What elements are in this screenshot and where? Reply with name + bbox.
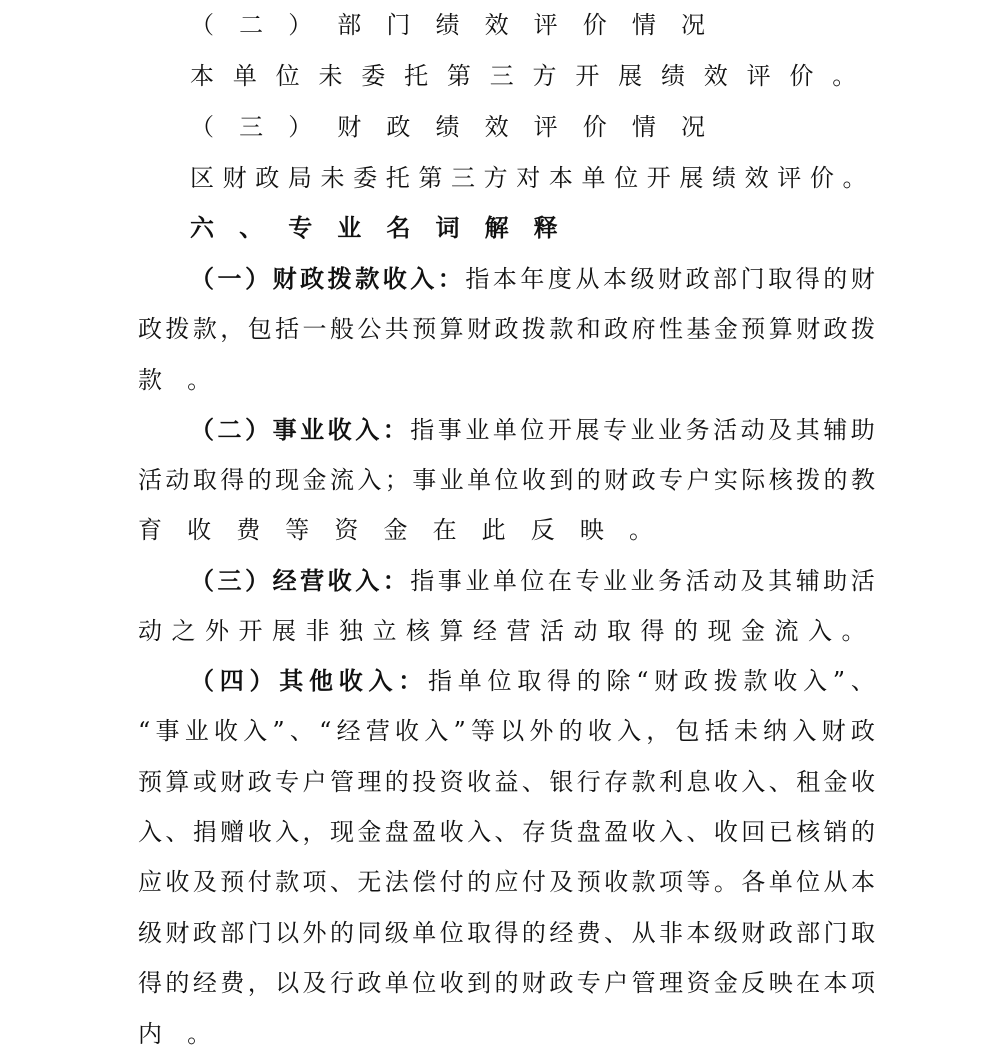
- text-char: 级: [631, 254, 655, 304]
- text-char: 款: [275, 857, 299, 907]
- text-char: 部: [796, 908, 820, 958]
- text-char: 内: [138, 1009, 187, 1056]
- text-char: 位: [520, 556, 544, 606]
- text-char: 拨: [796, 455, 820, 505]
- text-char: 、: [604, 908, 628, 958]
- text-char: 投: [412, 757, 436, 807]
- text-char: 助: [823, 556, 847, 606]
- text-char: 他: [309, 656, 333, 706]
- text-char: 费: [236, 505, 285, 555]
- text-char: “: [138, 706, 150, 756]
- text-char: 括: [275, 304, 299, 354]
- text-char: 应: [494, 857, 518, 907]
- text-char: 绩: [712, 153, 745, 203]
- text-char: 业: [337, 203, 386, 253]
- text-char: 的: [165, 958, 189, 1008]
- text-char: 收: [328, 556, 352, 606]
- text-char: 政: [494, 304, 518, 354]
- text-char: 第: [447, 51, 490, 101]
- text-char: 等: [686, 857, 710, 907]
- text-char: 外: [303, 908, 327, 958]
- text-char: 公: [357, 304, 381, 354]
- text-char: 业: [631, 556, 655, 606]
- text-char: 业: [185, 706, 209, 756]
- text-char: 以: [275, 908, 299, 958]
- text-char: 事: [273, 405, 297, 455]
- text-char: 效: [745, 153, 778, 203]
- text-char: 经: [193, 958, 217, 1008]
- text-char: 三: [239, 102, 288, 152]
- text-line: （三）经营收入：指事业单位在专业业务活动及其辅助活: [190, 556, 875, 606]
- text-line: 本单位未委托第三方开展绩效评价。: [190, 51, 875, 101]
- text-char: 开: [575, 51, 618, 101]
- text-char: 经: [273, 556, 297, 606]
- text-char: 位: [488, 656, 512, 706]
- text-char: 度: [548, 254, 572, 304]
- text-char: 务: [658, 556, 682, 606]
- text-char: 展: [272, 606, 306, 656]
- text-char: 等: [471, 706, 495, 756]
- text-char: 入: [243, 706, 267, 756]
- text-char: 的: [385, 757, 409, 807]
- text-char: （: [190, 254, 214, 304]
- text-char: 取: [851, 908, 875, 958]
- text-char: 位: [520, 405, 544, 455]
- text-line: （四）其他收入：指单位取得的除“财政拨款收入”、: [190, 656, 875, 706]
- text-char: 入: [792, 706, 816, 756]
- text-char: 现: [275, 455, 299, 505]
- text-char: 付: [440, 857, 464, 907]
- text-char: 事: [438, 405, 462, 455]
- text-line: 应收及预付款项、无法偿付的应付及预收款项等。各单位从本: [138, 857, 875, 907]
- text-char: 收: [773, 656, 797, 706]
- text-char: 从: [632, 908, 656, 958]
- text-char: 独: [339, 606, 373, 656]
- text-char: 费: [577, 908, 601, 958]
- text-char: 单: [233, 51, 276, 101]
- text-char: 辅: [823, 405, 847, 455]
- text-line: （三）财政绩效评价情况: [190, 102, 875, 152]
- text-char: ”: [272, 706, 284, 756]
- text-char: 利: [659, 757, 683, 807]
- text-char: 括: [705, 706, 729, 756]
- text-char: （: [190, 656, 214, 706]
- text-char: 收: [440, 958, 464, 1008]
- text-char: 金: [714, 304, 738, 354]
- text-char: 助: [851, 405, 875, 455]
- text-char: 到: [549, 455, 573, 505]
- text-char: 情: [632, 102, 681, 152]
- text-char: 映: [769, 958, 793, 1008]
- text-char: 部: [220, 908, 244, 958]
- text-char: 益: [494, 757, 518, 807]
- text-char: 业: [465, 556, 489, 606]
- text-char: 托: [386, 153, 419, 203]
- text-char: 财: [741, 908, 765, 958]
- text-char: 金: [303, 455, 327, 505]
- text-char: 项: [303, 857, 327, 907]
- text-char: 业: [631, 405, 655, 455]
- text-char: 辅: [796, 556, 820, 606]
- text-char: 核: [406, 606, 440, 656]
- text-char: 评: [747, 51, 790, 101]
- text-char: ，: [646, 706, 670, 756]
- text-char: 位: [412, 958, 436, 1008]
- text-char: 级: [138, 908, 162, 958]
- text-char: 动: [165, 455, 189, 505]
- text-char: 款: [138, 355, 187, 405]
- text-char: 绩: [661, 51, 704, 101]
- text-char: 现: [330, 807, 354, 857]
- text-char: 入: [369, 656, 393, 706]
- text-char: 、: [522, 757, 546, 807]
- text-char: 包: [248, 304, 272, 354]
- text-char: 评: [777, 153, 810, 203]
- text-char: 收: [714, 757, 738, 807]
- text-char: 展: [618, 51, 661, 101]
- text-char: 预: [741, 304, 765, 354]
- text-char: 本: [190, 51, 233, 101]
- text-char: 委: [353, 153, 386, 203]
- text-char: 捐: [193, 807, 217, 857]
- text-char: 盘: [385, 807, 409, 857]
- text-char: （: [190, 556, 214, 606]
- text-char: 收: [714, 807, 738, 857]
- text-char: 单: [385, 958, 409, 1008]
- text-char: 从: [824, 857, 848, 907]
- text-char: 财: [220, 757, 244, 807]
- text-char: 育: [138, 505, 187, 555]
- text-char: 财: [337, 102, 386, 152]
- text-char: 政: [549, 958, 573, 1008]
- text-char: 盈: [412, 807, 436, 857]
- text-char: 教: [851, 455, 875, 505]
- text-char: 得: [494, 908, 518, 958]
- text-char: 核: [796, 807, 820, 857]
- text-char: 四: [220, 656, 244, 706]
- text-char: 单: [769, 857, 793, 907]
- text-char: 户: [686, 455, 710, 505]
- text-char: 拨: [328, 254, 352, 304]
- text-char: 名: [386, 203, 435, 253]
- text-char: 专: [603, 405, 627, 455]
- text-char: 指: [428, 656, 452, 706]
- text-char: ）: [245, 405, 269, 455]
- text-char: 、: [686, 807, 710, 857]
- text-char: 三: [490, 51, 533, 101]
- text-char: ；: [385, 455, 409, 505]
- text-char: 单: [493, 405, 517, 455]
- text-char: 展: [679, 153, 712, 203]
- text-char: 收: [604, 857, 628, 907]
- text-char: 流: [330, 455, 354, 505]
- text-char: ）: [288, 102, 337, 152]
- text-char: 拨: [714, 656, 738, 706]
- text-char: 活: [686, 556, 710, 606]
- text-char: 部: [337, 0, 386, 50]
- text-char: 三: [451, 153, 484, 203]
- text-char: 部: [713, 254, 737, 304]
- text-char: 基: [686, 304, 710, 354]
- text-char: 开: [647, 153, 680, 203]
- text-char: 映: [580, 505, 629, 555]
- text-char: 。: [629, 505, 678, 555]
- text-char: 。: [842, 606, 876, 656]
- text-char: 其: [796, 405, 820, 455]
- text-char: 、: [290, 706, 314, 756]
- text-char: 效: [485, 102, 534, 152]
- text-char: 一: [218, 254, 242, 304]
- text-char: 入: [275, 807, 299, 857]
- text-char: 政: [193, 908, 217, 958]
- text-char: 或: [193, 757, 217, 807]
- text-char: 已: [769, 807, 793, 857]
- text-char: 单: [412, 908, 436, 958]
- text-char: 预: [412, 304, 436, 354]
- text-char: 绩: [435, 102, 484, 152]
- text-line: 内。: [138, 1009, 875, 1056]
- text-char: 非: [306, 606, 340, 656]
- text-char: 方: [484, 153, 517, 203]
- text-char: 情: [632, 0, 681, 50]
- text-char: 效: [485, 0, 534, 50]
- text-char: 入: [617, 706, 641, 756]
- text-char: 盘: [577, 807, 601, 857]
- text-char: 政: [255, 153, 288, 203]
- text-char: 入: [741, 757, 765, 807]
- text-char: 财: [273, 254, 297, 304]
- text-char: 收: [588, 706, 612, 756]
- text-char: 预: [220, 857, 244, 907]
- text-char: 算: [440, 606, 474, 656]
- text-char: 付: [248, 857, 272, 907]
- text-char: 外: [529, 706, 553, 756]
- text-char: 际: [741, 455, 765, 505]
- text-char: ，: [220, 304, 244, 354]
- text-line: 区财政局未委托第三方对本单位开展绩效评价。: [190, 153, 875, 203]
- text-char: 以: [500, 706, 524, 756]
- text-char: ）: [245, 254, 269, 304]
- text-char: ：: [438, 254, 462, 304]
- text-char: 的: [330, 908, 354, 958]
- text-char: 。: [187, 1009, 236, 1056]
- text-line: 级财政部门以外的同级单位取得的经费、从非本级财政部门取: [138, 908, 875, 958]
- text-char: 价: [583, 0, 632, 50]
- text-char: 绩: [435, 0, 484, 50]
- text-char: 二: [218, 405, 242, 455]
- text-char: 得: [547, 656, 571, 706]
- text-char: 财: [822, 706, 846, 756]
- text-char: 本: [549, 153, 582, 203]
- text-char: 除: [607, 656, 631, 706]
- text-char: 政: [248, 757, 272, 807]
- text-char: 收: [328, 405, 352, 455]
- text-char: 及: [549, 857, 573, 907]
- text-char: 经: [549, 908, 573, 958]
- text-char: 动: [741, 405, 765, 455]
- text-char: 营: [366, 706, 390, 756]
- text-char: 入: [803, 656, 827, 706]
- text-char: 般: [330, 304, 354, 354]
- text-char: 算: [165, 757, 189, 807]
- text-char: 收: [467, 757, 491, 807]
- text-char: 款: [355, 254, 379, 304]
- text-char: 效: [704, 51, 747, 101]
- text-char: 动: [574, 606, 608, 656]
- text-char: 、: [769, 757, 793, 807]
- text-char: 在: [796, 958, 820, 1008]
- text-char: 以: [275, 958, 299, 1008]
- text-char: 金: [383, 505, 432, 555]
- text-char: 得: [220, 455, 244, 505]
- text-char: 性: [659, 304, 683, 354]
- text-char: 流: [775, 606, 809, 656]
- text-char: 释: [534, 203, 583, 253]
- text-char: 未: [318, 51, 361, 101]
- text-char: 门: [741, 254, 765, 304]
- text-char: 未: [734, 706, 758, 756]
- text-char: 在: [433, 505, 482, 555]
- text-char: 务: [686, 405, 710, 455]
- text-char: 区: [190, 153, 223, 203]
- text-char: 金: [714, 958, 738, 1008]
- text-char: 理: [659, 958, 683, 1008]
- text-char: 活: [138, 455, 162, 505]
- text-char: 活: [851, 556, 875, 606]
- text-char: 政: [824, 304, 848, 354]
- text-char: 的: [674, 606, 708, 656]
- text-char: 得: [796, 254, 820, 304]
- text-char: 银: [549, 757, 573, 807]
- text-char: 得: [641, 606, 675, 656]
- text-char: 价: [810, 153, 843, 203]
- text-char: 经: [473, 606, 507, 656]
- text-char: 现: [708, 606, 742, 656]
- text-char: 专: [288, 203, 337, 253]
- text-char: 户: [303, 757, 327, 807]
- text-char: 展: [575, 405, 599, 455]
- text-char: 拨: [522, 304, 546, 354]
- text-char: 六: [190, 203, 239, 253]
- text-char: 收: [440, 807, 464, 857]
- text-char: 的: [851, 807, 875, 857]
- text-line: 入、捐赠收入，现金盘盈收入、存货盘盈收入、收回已核销的: [138, 807, 875, 857]
- text-char: 财: [654, 656, 678, 706]
- text-char: 的: [494, 958, 518, 1008]
- text-char: 营: [300, 556, 324, 606]
- text-char: 行: [577, 757, 601, 807]
- text-char: 方: [533, 51, 576, 101]
- text-char: ）: [250, 656, 274, 706]
- text-char: 及: [768, 405, 792, 455]
- text-char: 在: [548, 556, 572, 606]
- text-char: 开: [548, 405, 572, 455]
- text-char: 政: [604, 304, 628, 354]
- text-char: 单: [582, 153, 615, 203]
- text-char: ：: [398, 656, 422, 706]
- text-char: 本: [603, 254, 627, 304]
- text-char: 共: [385, 304, 409, 354]
- text-char: 。: [714, 857, 738, 907]
- text-char: 二: [239, 0, 288, 50]
- text-char: 从: [575, 254, 599, 304]
- text-char: 金: [741, 606, 775, 656]
- text-char: 实: [714, 455, 738, 505]
- text-char: 收: [165, 857, 189, 907]
- text-char: 存: [604, 757, 628, 807]
- text-char: 取: [193, 455, 217, 505]
- text-char: 款: [549, 304, 573, 354]
- text-char: 动: [138, 606, 172, 656]
- text-char: 的: [559, 706, 583, 756]
- text-char: 托: [404, 51, 447, 101]
- text-char: 业: [440, 455, 464, 505]
- text-char: 专: [575, 556, 599, 606]
- text-char: 算: [440, 304, 464, 354]
- text-line: 款。: [138, 355, 875, 405]
- text-char: 经: [337, 706, 361, 756]
- text-char: 财: [851, 254, 875, 304]
- text-char: 一: [303, 304, 327, 354]
- text-char: 业: [465, 405, 489, 455]
- text-char: 及: [303, 958, 327, 1008]
- text-char: 立: [373, 606, 407, 656]
- text-char: 收: [248, 807, 272, 857]
- text-char: 项: [659, 857, 683, 907]
- text-line: 活动取得的现金流入；事业单位收到的财政专户实际核拨的教: [138, 455, 875, 505]
- text-char: 收: [851, 757, 875, 807]
- text-char: 位: [440, 908, 464, 958]
- text-line: 六、专业名词解释: [190, 203, 875, 253]
- text-char: 入: [808, 606, 842, 656]
- text-char: 单: [458, 656, 482, 706]
- text-char: 府: [632, 304, 656, 354]
- text-char: 核: [769, 455, 793, 505]
- text-char: 拨: [165, 304, 189, 354]
- text-line: “事业收入”、“经营收入”等以外的收入，包括未纳入财政: [138, 706, 875, 756]
- text-char: 财: [467, 304, 491, 354]
- text-char: 政: [769, 908, 793, 958]
- text-char: 及: [193, 857, 217, 907]
- text-char: 本: [493, 254, 517, 304]
- text-char: 资: [334, 505, 383, 555]
- text-char: 位: [494, 455, 518, 505]
- text-char: 政: [632, 455, 656, 505]
- text-char: 应: [138, 857, 162, 907]
- text-char: “: [636, 656, 648, 706]
- text-char: 同: [357, 908, 381, 958]
- text-char: 外: [205, 606, 239, 656]
- text-char: 专: [659, 455, 683, 505]
- text-char: 等: [285, 505, 334, 555]
- text-char: 位: [614, 153, 647, 203]
- text-char: 评: [534, 0, 583, 50]
- text-char: ，: [303, 807, 327, 857]
- text-char: 息: [686, 757, 710, 807]
- text-char: （: [190, 0, 239, 50]
- text-char: 得: [138, 958, 162, 1008]
- text-char: 位: [796, 857, 820, 907]
- text-char: 金: [824, 757, 848, 807]
- text-char: 管: [330, 757, 354, 807]
- text-char: 解: [485, 203, 534, 253]
- text-char: 、: [330, 857, 354, 907]
- text-char: 指: [410, 405, 434, 455]
- text-char: 和: [577, 304, 601, 354]
- text-char: 取: [768, 254, 792, 304]
- text-char: 入: [410, 254, 434, 304]
- text-char: 取: [607, 606, 641, 656]
